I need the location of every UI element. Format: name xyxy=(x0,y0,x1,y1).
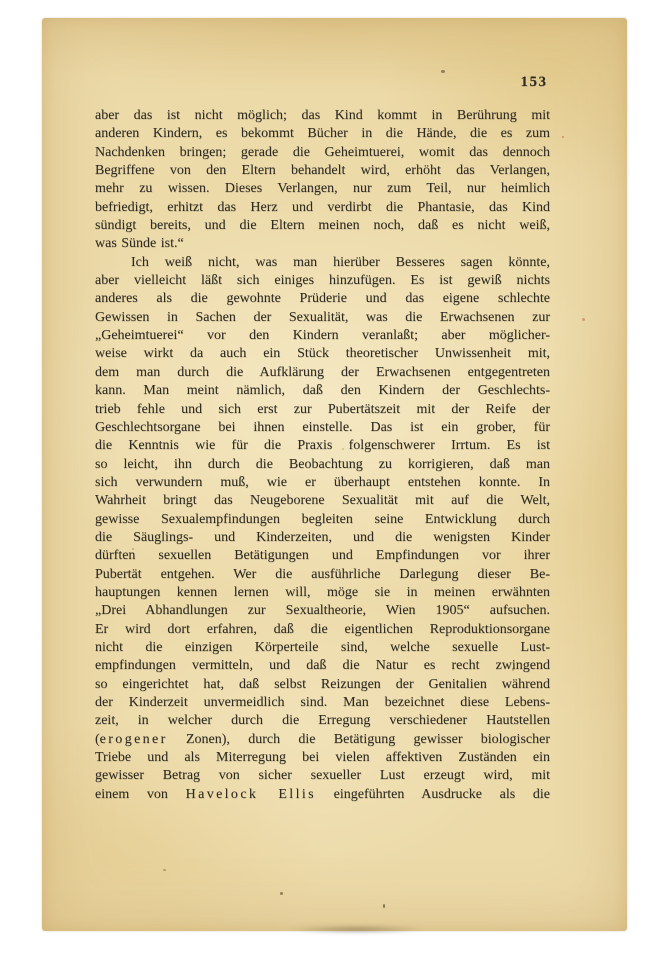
text-line: sündigt bereits, und die Eltern meinen n… xyxy=(95,217,550,235)
text-line: Wahrheit bringt das Neugeborene Sexualit… xyxy=(95,492,550,510)
text-line: Pubertät entgehen. Wer die ausführliche … xyxy=(95,566,550,584)
text-line: die Säuglings- und Kinderzeiten, und die… xyxy=(95,529,550,547)
page-number: 153 xyxy=(494,74,574,91)
text-line: „Geheimtuerei“ vor den Kindern veranlaßt… xyxy=(95,327,550,345)
text-line: empfindungen vermitteln, und daß die Nat… xyxy=(95,657,550,675)
text-line: nicht die einzigen Körperteile sind, wel… xyxy=(95,639,550,657)
text-line: zeit, in welcher durch die Erregung vers… xyxy=(95,712,550,730)
page-text: aber das ist nicht möglich; das Kind kom… xyxy=(95,107,550,804)
book-page: 153 aber das ist nicht möglich; das Kind… xyxy=(42,18,627,931)
text-line: Ich weiß nicht, was man hierüber Bessere… xyxy=(95,254,550,272)
text-line: mehr zu wissen. Dieses Verlangen, nur zu… xyxy=(95,180,550,198)
text-line: Triebe und als Miterregung bei vielen af… xyxy=(95,749,550,767)
text-line: trieb fehle und sich erst zur Pubertätsz… xyxy=(95,401,550,419)
text-line: gewisser Betrag von sicher sexueller Lus… xyxy=(95,767,550,785)
text-line: gewisse Sexualempfindungen begleiten sei… xyxy=(95,511,550,529)
text-line: „Drei Abhandlungen zur Sexualtheorie, Wi… xyxy=(95,602,550,620)
text-line: Geschlechtsorgane bei ihnen einstelle. D… xyxy=(95,419,550,437)
text-line: aber vielleicht läßt sich einiges hinzuf… xyxy=(95,272,550,290)
page-edge-shadow xyxy=(267,925,447,934)
text-line: Gewissen in Sachen der Sexualität, was d… xyxy=(95,309,550,327)
text-line: Er wird dort erfahren, daß die eigentlic… xyxy=(95,621,550,639)
text-line: die Kenntnis wie für die Praxis folgensc… xyxy=(95,437,550,455)
text-line: was Sünde ist.“ xyxy=(95,235,550,253)
text-line: kann. Man meint nämlich, daß den Kindern… xyxy=(95,382,550,400)
text-line: so leicht, ihn durch die Beobachtung zu … xyxy=(95,456,550,474)
text-line: so eingerichtet hat, daß selbst Reizunge… xyxy=(95,676,550,694)
text-line: weise wirkt da auch ein Stück theoretisc… xyxy=(95,345,550,363)
text-line: anderes als die gewohnte Prüderie und da… xyxy=(95,290,550,308)
text-line: hauptungen kennen lernen will, möge sie … xyxy=(95,584,550,602)
text-line: (erogener Zonen), durch die Betätigung g… xyxy=(95,731,550,749)
text-line: Nachdenken bringen; gerade die Geheimtue… xyxy=(95,144,550,162)
text-line: befriedigt, erhitzt das Herz und verdirb… xyxy=(95,199,550,217)
text-line: anderen Kindern, es bekommt Bücher in di… xyxy=(95,125,550,143)
text-line: aber das ist nicht möglich; das Kind kom… xyxy=(95,107,550,125)
text-line: dürften sexuellen Betätigungen und Empfi… xyxy=(95,547,550,565)
text-line: Begriffene von den Eltern behandelt wird… xyxy=(95,162,550,180)
letterspaced-text: Havelock Ellis xyxy=(186,787,316,802)
letterspaced-text: erogener xyxy=(100,732,168,747)
text-line: einem von Havelock Ellis eingeführten Au… xyxy=(95,786,550,804)
text-line: sich verwundern muß, wie er überhaupt en… xyxy=(95,474,550,492)
text-line: der Kinderzeit unvermeidlich sind. Man b… xyxy=(95,694,550,712)
text-line: dem man durch die Aufklärung der Erwachs… xyxy=(95,364,550,382)
